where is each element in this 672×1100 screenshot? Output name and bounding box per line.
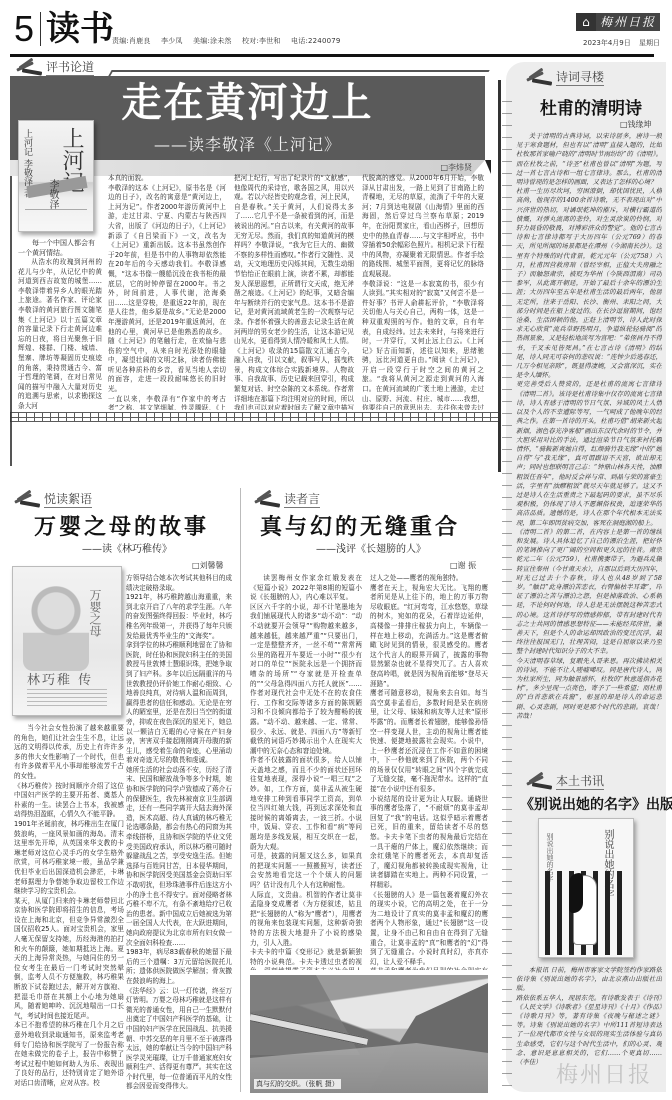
paragraph: 读罢梅州女作家余红娥发表在《短篇小说》2022年第8期的短篇小说《长翅膀的人》，… bbox=[250, 574, 362, 970]
logo-icon: ⌂ bbox=[576, 13, 596, 31]
article-column-3: 把河上纪行，写出了纪录片的“文献感”，他像周代的采诗官，歌各国之风，用以兴观。若… bbox=[234, 174, 354, 410]
page-number: 5 bbox=[14, 10, 34, 48]
credit-editor: 责编:肖鹿良 bbox=[112, 37, 151, 45]
credit-proofreader: 校对:李世和 bbox=[242, 37, 281, 45]
sidebar-headline: 《别说出她的名字》出版 bbox=[520, 794, 672, 814]
sidebar-headline: 杜甫的清明诗 bbox=[540, 94, 642, 119]
sidebar-byline: □钱缘坤 bbox=[620, 119, 652, 130]
credit-editor-2: 李少凤 bbox=[161, 37, 183, 45]
editor-credits: 责编:肖鹿良 李少凤 美编:涂未然 校对:李世和 电话:2240079 bbox=[112, 36, 349, 46]
books-icon bbox=[524, 68, 554, 86]
byline: □李炜贤 bbox=[440, 162, 472, 173]
photo-caption: 真与幻的交织。（张帆 摄） bbox=[254, 1079, 341, 1089]
masthead: 5 读书 责编:肖鹿良 李少凤 美编:涂未然 校对:李世和 电话:2240079… bbox=[14, 8, 666, 54]
cover-figure-hair bbox=[569, 873, 583, 913]
section-title: 读书 bbox=[46, 10, 114, 48]
column-divider bbox=[240, 488, 241, 1092]
column-tag-label: 本土书讯 bbox=[556, 774, 604, 790]
masthead-rule bbox=[10, 54, 654, 57]
article-column-2: 方领导结合她本次考试其他科目的成绩决定破格录取。 1921年，林巧稚跨越山海重重… bbox=[126, 574, 232, 1094]
column-tag-label: 评书论道 bbox=[46, 60, 94, 76]
paragraph: 本真的面貌。 李敬泽的这本《上河记》，原书名是《河边的日子》，改名的寓意是“黄河… bbox=[108, 174, 226, 410]
paragraph: 关于清明的古典诗词，以宋诗居多，唐诗一般见于寒食题材，但也有以“清明”直接入题的… bbox=[516, 132, 662, 721]
column-tag: 悦读絮语 bbox=[12, 488, 92, 508]
column-tag-label: 读者言 bbox=[284, 492, 320, 508]
column-rule bbox=[10, 176, 12, 466]
newspaper-name: 梅州日报 bbox=[596, 13, 660, 31]
books-icon bbox=[524, 772, 554, 790]
paragraph: 本报讯 日前，梅州市客家文学院签约作家路依依诗集《别说出她的名字》，由北京燕山出… bbox=[516, 966, 662, 1067]
article-column-1: 从浩水的玫瑰到河州的花儿与少年，从记忆中的黄河道到西吉故宽的城堡……李敬泽带着异… bbox=[18, 258, 102, 410]
books-icon bbox=[252, 490, 282, 508]
paragraph: 方领导结合她本次考试其他科目的成绩决定破格录取。 1921年，林巧稚跨越山海重重… bbox=[126, 574, 232, 1092]
cover-title: 林巧稚 传 bbox=[27, 669, 93, 688]
date: 2023年4月9日 bbox=[583, 39, 631, 47]
headline: 万婴之母的故事 bbox=[34, 510, 209, 541]
landscape-photo: 真与幻的交织。（张帆 摄） bbox=[250, 975, 488, 1093]
column-tag: 诗词寻楼 bbox=[524, 66, 604, 86]
cover-blurb bbox=[27, 689, 107, 707]
paragraph: 把河上纪行，写出了纪录片的“文献感”，他像周代的采诗官，歌各国之风，用以兴观。若… bbox=[234, 174, 354, 410]
binder-rings bbox=[502, 96, 512, 1086]
decor-corner bbox=[485, 160, 491, 174]
credit-phone: 电话:2240079 bbox=[291, 37, 341, 45]
byline: □刘馨馨 bbox=[192, 560, 224, 571]
sidebar-article-body: 关于清明的古典诗词，以宋诗居多，唐诗一般见于寒食题材，但也有以“清明”直接入题的… bbox=[516, 132, 662, 744]
books-icon bbox=[14, 58, 44, 76]
byline: □谢 振 bbox=[450, 560, 476, 571]
divider bbox=[40, 12, 41, 46]
article-column-2: 本真的面貌。 李敬泽的这本《上河记》，原书名是《河边的日子》，改名的寓意是“黄河… bbox=[108, 174, 226, 410]
subheadline: ——浅评《长翅膀的人》 bbox=[316, 540, 426, 555]
cover-vertical-title: 万婴之母 bbox=[87, 589, 104, 637]
issue-date: 2023年4月9日 星期日 bbox=[577, 38, 660, 48]
photo-mountain bbox=[250, 975, 360, 1055]
book-cover-bie-shuo: 别说出她的名字 别说出她的名字 bbox=[538, 818, 634, 958]
paragraph: 过人之处——鹰者的视角独特。 鹰者在天上，视角宏大无比。飞翔的鹰者所见是从上往下… bbox=[370, 574, 488, 970]
column-tag: 本土书讯 bbox=[524, 770, 604, 790]
cover-footer bbox=[25, 209, 87, 225]
book-cover-lin-qiaozhi: 万婴之母 林巧稚 传 bbox=[12, 566, 122, 716]
lead-paragraph: 每一个中国人都会有一个黄河情结。 bbox=[18, 238, 100, 258]
article-column-2: 过人之处——鹰者的视角独特。 鹰者在天上，视角宏大无比。飞翔的鹰者所见是从上往下… bbox=[370, 574, 488, 970]
paragraph: 当今社会女性扮演了越来越重要的角色，她们让社会生生不息，让远远的文明得以传承，历… bbox=[14, 724, 124, 1089]
article-column-1: 读罢梅州女作家余红娥发表在《短篇小说》2022年第8期的短篇小说《长翅膀的人》，… bbox=[250, 574, 362, 970]
column-tag: 评书论道 bbox=[14, 56, 94, 76]
books-icon bbox=[12, 490, 42, 508]
column-tag: 读者言 bbox=[252, 488, 320, 508]
article-column-4: 代脱离的感觉。从2000年6月开始，李敬泽从甘肃出发，一路上见到了甘南路上的青稞… bbox=[362, 174, 484, 410]
book-cover-shanghe: 上河记 李敬泽 著 上河记 李敬泽 bbox=[18, 120, 94, 232]
credit-designer: 美编:涂未然 bbox=[193, 37, 232, 45]
paragraph: 从浩水的玫瑰到河州的花儿与少年，从记忆中的黄河道到西吉故宽的城堡……李敬泽带着异… bbox=[18, 258, 102, 410]
paragraph: 代脱离的感觉。从2000年6月开始，李敬泽从甘肃出发，一路上见到了甘南路上的青稞… bbox=[362, 174, 484, 410]
weekday: 星期日 bbox=[639, 39, 660, 47]
column-tag-label: 悦读絮语 bbox=[44, 492, 92, 508]
cover-portrait bbox=[23, 585, 89, 671]
subheadline: ——读《林巧稚传》 bbox=[82, 540, 172, 555]
column-tag-label: 诗词寻楼 bbox=[556, 70, 604, 86]
headline: 真与幻的无缝重合 bbox=[260, 510, 460, 541]
cover-author: 李敬泽 bbox=[45, 179, 60, 209]
watermark: 梅州日报 bbox=[556, 1058, 652, 1089]
newspaper-logo: ⌂ 梅州日报 bbox=[576, 12, 660, 32]
article-column-1: 当今社会女性扮演了越来越重要的角色，她们让社会生生不息，让远远的文明得以传承，历… bbox=[14, 724, 124, 1094]
decorative-border bbox=[10, 412, 500, 422]
